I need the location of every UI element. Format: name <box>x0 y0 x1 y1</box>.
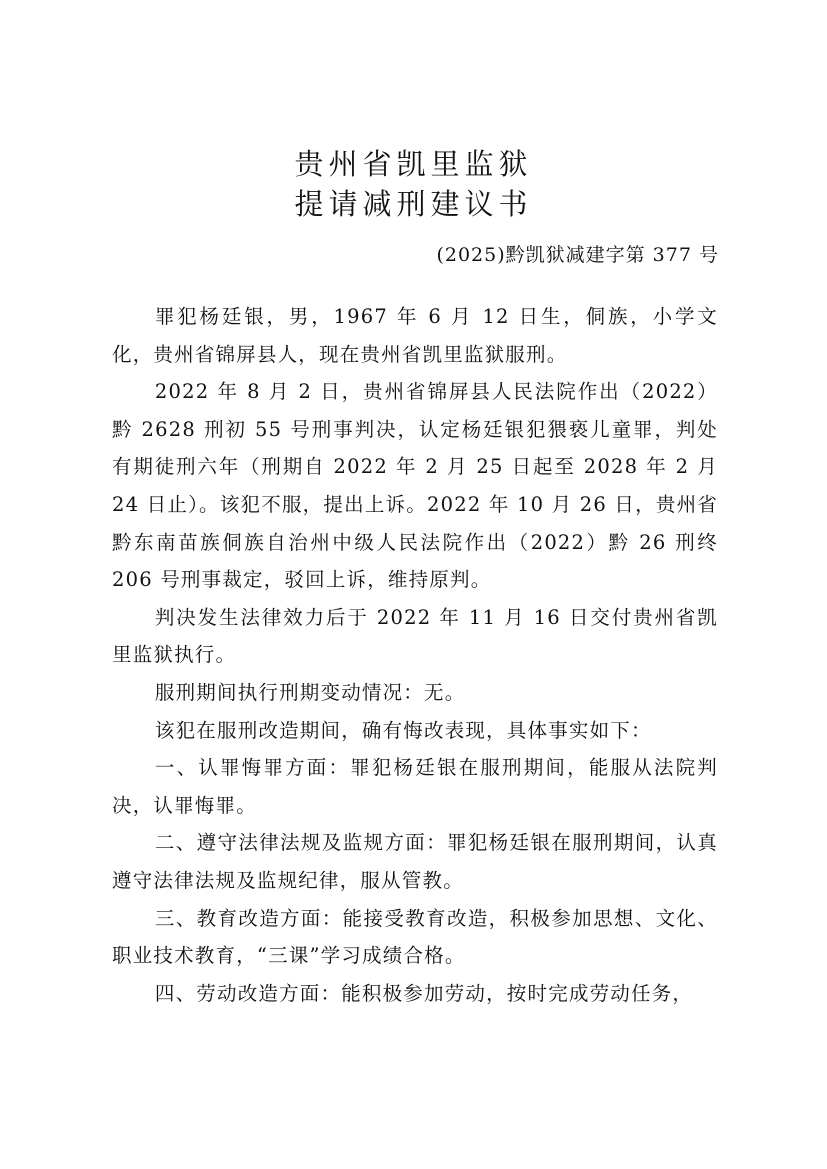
document-title-institution: 贵州省凯里监狱 <box>0 146 827 182</box>
paragraph-prisoner-info: 罪犯杨廷银，男，1967 年 6 月 12 日生，侗族，小学文化，贵州省锦屏县人… <box>112 298 718 373</box>
document-body: 罪犯杨廷银，男，1967 年 6 月 12 日生，侗族，小学文化，贵州省锦屏县人… <box>112 298 718 1012</box>
paragraph-repentance-intro: 该犯在服刑改造期间，确有悔改表现，具体事实如下： <box>112 712 718 750</box>
paragraph-sentence-changes: 服刑期间执行刑期变动情况：无。 <box>112 674 718 712</box>
document-number: (2025)黔凯狱减建字第 377 号 <box>436 241 719 269</box>
paragraph-judgment: 2022 年 8 月 2 日，贵州省锦屏县人民法院作出（2022）黔 2628 … <box>112 373 718 599</box>
paragraph-item-4: 四、劳动改造方面：能积极参加劳动，按时完成劳动任务， <box>112 975 718 1013</box>
paragraph-delivery: 判决发生法律效力后于 2022 年 11 月 16 日交付贵州省凯里监狱执行。 <box>112 599 718 674</box>
document-title-type: 提请减刑建议书 <box>0 186 827 222</box>
paragraph-item-2: 二、遵守法律法规及监规方面：罪犯杨廷银在服刑期间，认真遵守法律法规及监规纪律，服… <box>112 824 718 899</box>
paragraph-item-1: 一、认罪悔罪方面：罪犯杨廷银在服刑期间，能服从法院判决，认罪悔罪。 <box>112 749 718 824</box>
paragraph-item-3: 三、教育改造方面：能接受教育改造，积极参加思想、文化、职业技术教育，“三课”学习… <box>112 900 718 975</box>
document-page: 贵州省凯里监狱 提请减刑建议书 (2025)黔凯狱减建字第 377 号 罪犯杨廷… <box>0 0 827 1169</box>
